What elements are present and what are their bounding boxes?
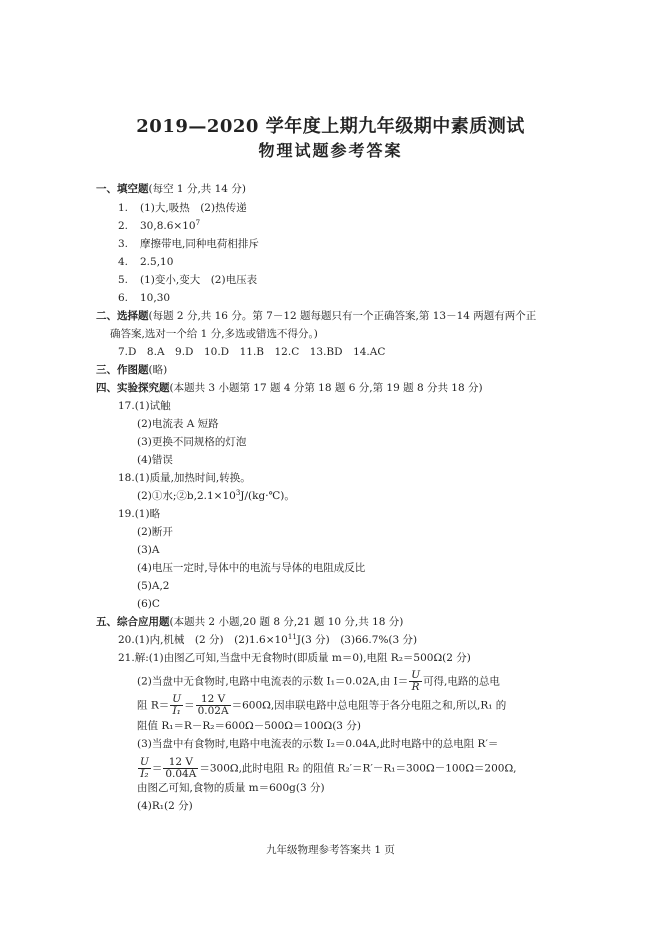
answer-item: 17.(1)试触 <box>118 399 171 413</box>
item-number: 1. <box>118 201 140 215</box>
item-text: 20.(1)内,机械 (2 分) (2)1.6×10 <box>118 634 288 646</box>
choice-answers: 7.D 8.A 9.D 10.D 11.B 12.C 13.BD 14.AC <box>118 345 385 359</box>
answer-item: UI₂＝12 V0.04A＝300Ω,此时电阻 R₂ 的阻值 R₂′＝R′－R₁… <box>137 757 517 780</box>
answer-item: 4.2.5,10 <box>118 255 173 269</box>
item-text: ＝ <box>152 763 163 775</box>
answer-item: 1.(1)大,吸热 (2)热传递 <box>118 201 247 215</box>
answer-item: (2)电流表 A 短路 <box>137 417 219 431</box>
answer-item: (4)R₁(2 分) <box>137 799 193 813</box>
answer-item: (2)断开 <box>137 525 173 539</box>
section-note: (略) <box>149 364 168 376</box>
section-title: 一、填空题 <box>96 183 149 195</box>
section-choice-heading: 二、选择题(每题 2 分,共 16 分。第 7－12 题每题只有一个正确答案,第… <box>96 309 536 323</box>
document-subtitle: 物理试题参考答案 <box>0 138 661 161</box>
section-title: 二、选择题 <box>96 310 149 322</box>
section-title: 五、综合应用题 <box>96 616 170 628</box>
answer-item: (5)A,2 <box>137 579 169 593</box>
item-text: J/(kg·℃)。 <box>240 490 295 502</box>
item-text: ＝ <box>184 700 195 712</box>
answer-item: (4)错误 <box>137 453 173 467</box>
section-application-heading: 五、综合应用题(本题共 2 小题,20 题 8 分,21 题 10 分,共 18… <box>96 615 403 629</box>
denominator: I₂ <box>138 769 151 780</box>
item-text: ＝600Ω,因串联电路中总电阻等于各分电阻之和,所以,R₁ 的 <box>232 700 507 712</box>
item-text: (1)变小,变大 (2)电压表 <box>140 274 257 286</box>
page-footer: 九年级物理参考答案共 1 页 <box>0 842 661 857</box>
answer-sheet-page: 2019—2020 学年度上期九年级期中素质测试 物理试题参考答案 一、填空题(… <box>0 0 661 935</box>
answer-item: 6.10,30 <box>118 291 170 305</box>
item-text: 摩擦带电,同种电荷相排斥 <box>140 238 259 250</box>
answer-item: (2)①水;②b,2.1×103J/(kg·℃)。 <box>137 489 295 503</box>
item-text: 可得,电路的总电 <box>423 676 500 688</box>
section-title: 四、实验探究题 <box>96 382 170 394</box>
denominator: 0.04A <box>163 769 198 780</box>
answer-item: 21.解:(1)由图乙可知,当盘中无食物时(即质量 m＝0),电阻 R₂＝500… <box>118 651 471 665</box>
section-note: (本题共 2 小题,20 题 8 分,21 题 10 分,共 18 分) <box>170 616 404 628</box>
fraction: 12 V0.04A <box>163 757 198 780</box>
section-experiment-heading: 四、实验探究题(本题共 3 小题第 17 题 4 分第 18 题 6 分,第 1… <box>96 381 483 395</box>
item-text: J(3 分) (3)66.7%(3 分) <box>297 634 417 646</box>
item-number: 5. <box>118 273 140 287</box>
document-title: 2019—2020 学年度上期九年级期中素质测试 <box>0 112 661 138</box>
item-text: 10,30 <box>140 292 170 304</box>
exponent: 11 <box>288 633 297 641</box>
answer-item: 阻值 R₁＝R－R₂＝600Ω－500Ω＝100Ω(3 分) <box>137 719 361 733</box>
answer-item: 3.摩擦带电,同种电荷相排斥 <box>118 237 259 251</box>
section-title: 三、作图题 <box>96 364 149 376</box>
answer-item: (3)更换不同规格的灯泡 <box>137 435 246 449</box>
section-note-continued: 确答案,选对一个给 1 分,多选或错选不得分。) <box>110 327 318 341</box>
answer-item: 5.(1)变小,变大 (2)电压表 <box>118 273 257 287</box>
item-number: 6. <box>118 291 140 305</box>
answer-item: (6)C <box>137 597 160 611</box>
item-text: (2)当盘中无食物时,电路中电流表的示数 I₁＝0.02A,由 I＝ <box>137 676 408 688</box>
answer-item: (3)A <box>137 543 159 557</box>
section-drawing-heading: 三、作图题(略) <box>96 363 167 377</box>
answer-item: (2)当盘中无食物时,电路中电流表的示数 I₁＝0.02A,由 I＝UR可得,电… <box>137 670 500 693</box>
answer-item: 由图乙可知,食物的质量 m＝600g(3 分) <box>137 781 325 795</box>
item-text: 30,8.6×10 <box>140 220 196 232</box>
item-text: (2)①水;②b,2.1×10 <box>137 490 236 502</box>
answer-item: 20.(1)内,机械 (2 分) (2)1.6×1011J(3 分) (3)66… <box>118 633 417 647</box>
answer-item: (4)电压一定时,导体中的电流与导体的电阻成反比 <box>137 561 365 575</box>
exponent: 7 <box>196 219 200 227</box>
item-text: 2.5,10 <box>140 256 173 268</box>
answer-item: 18.(1)质量,加热时间,转换。 <box>118 471 251 485</box>
fraction: 12 V0.02A <box>196 694 231 717</box>
answer-item: 2.30,8.6×107 <box>118 219 200 233</box>
fraction: UI₁ <box>170 694 183 717</box>
answer-item: 19.(1)略 <box>118 507 160 521</box>
fraction: UR <box>409 670 422 693</box>
denominator: R <box>409 682 422 693</box>
section-note: (每空 1 分,共 14 分) <box>149 183 246 195</box>
answer-item: 阻 R＝UI₁＝12 V0.02A＝600Ω,因串联电路中总电阻等于各分电阻之和… <box>137 694 506 717</box>
section-note: (每题 2 分,共 16 分。第 7－12 题每题只有一个正确答案,第 13－1… <box>149 310 537 322</box>
item-text: (1)大,吸热 (2)热传递 <box>140 202 247 214</box>
fraction: UI₂ <box>138 757 151 780</box>
item-number: 3. <box>118 237 140 251</box>
item-text: 阻 R＝ <box>137 700 169 712</box>
section-note: (本题共 3 小题第 17 题 4 分第 18 题 6 分,第 19 题 8 分… <box>170 382 483 394</box>
section-fill-in-heading: 一、填空题(每空 1 分,共 14 分) <box>96 182 246 196</box>
answer-item: (3)当盘中有食物时,电路中电流表的示数 I₂＝0.04A,此时电路中的总电阻 … <box>137 737 498 751</box>
denominator: I₁ <box>170 706 183 717</box>
denominator: 0.02A <box>196 706 231 717</box>
item-text: ＝300Ω,此时电阻 R₂ 的阻值 R₂′＝R′－R₁＝300Ω－100Ω＝20… <box>199 763 516 775</box>
item-number: 2. <box>118 219 140 233</box>
item-number: 4. <box>118 255 140 269</box>
